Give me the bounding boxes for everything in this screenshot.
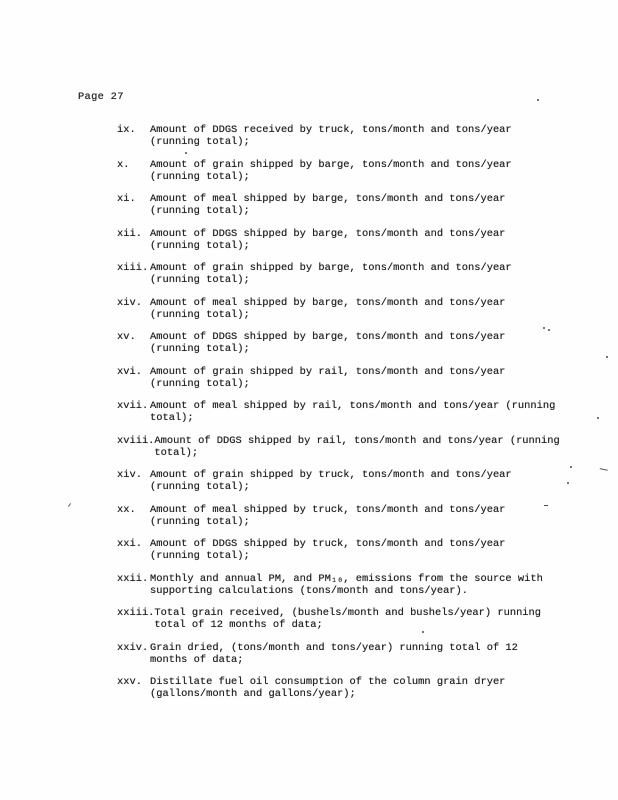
item-text: Amount of grain shipped by rail, tons/mo… [150, 366, 587, 390]
item-line: Total grain received, (bushels/month and… [154, 607, 587, 619]
scan-artifact [548, 329, 550, 331]
item-numeral: ix. [117, 124, 150, 136]
item-line: (running total); [150, 205, 587, 217]
list-item: xii. Amount of DDGS shipped by barge, to… [117, 228, 587, 252]
item-numeral: xviii. [117, 435, 154, 447]
item-text: Amount of grain shipped by barge, tons/m… [150, 159, 587, 183]
item-text: Amount of DDGS received by truck, tons/m… [150, 124, 587, 148]
scan-artifact [600, 465, 609, 471]
list-item: xv. Amount of DDGS shipped by barge, ton… [117, 331, 587, 355]
scan-artifact [570, 466, 572, 468]
item-text: Amount of DDGS shipped by truck, tons/mo… [150, 538, 587, 562]
item-line: (running total); [150, 309, 587, 321]
item-line: (running total); [150, 516, 587, 528]
item-line: Monthly and annual PM, and PM₁₀, emissio… [150, 573, 587, 585]
list-item: x. Amount of grain shipped by barge, ton… [117, 159, 587, 183]
page-number-label: Page 27 [78, 91, 124, 103]
list-item: xxiii. Total grain received, (bushels/mo… [117, 607, 587, 631]
list-item: xxv. Distillate fuel oil consumption of … [117, 676, 587, 700]
item-line: Amount of grain shipped by barge, tons/m… [150, 262, 587, 274]
item-numeral: xv. [117, 331, 150, 343]
item-numeral: xxv. [117, 676, 150, 688]
item-line: (running total); [150, 136, 587, 148]
list-item: xxi. Amount of DDGS shipped by truck, to… [117, 538, 587, 562]
item-line: Amount of grain shipped by barge, tons/m… [150, 159, 587, 171]
item-line: Amount of DDGS received by truck, tons/m… [150, 124, 587, 136]
list-item: xiv. Amount of meal shipped by barge, to… [117, 297, 587, 321]
item-line: Amount of meal shipped by barge, tons/mo… [150, 297, 587, 309]
item-line: (running total); [150, 274, 587, 286]
item-line: Amount of grain shipped by rail, tons/mo… [150, 366, 587, 378]
list-item: xxii. Monthly and annual PM, and PM₁₀, e… [117, 573, 587, 597]
list-item: xiv. Amount of grain shipped by truck, t… [117, 469, 587, 493]
item-numeral: xvii. [117, 400, 150, 412]
item-numeral: xxii. [117, 573, 150, 585]
list-item: xiii. Amount of grain shipped by barge, … [117, 262, 587, 286]
item-line: Amount of DDGS shipped by barge, tons/mo… [150, 331, 587, 343]
item-numeral: xiv. [117, 297, 150, 309]
item-text: Amount of DDGS shipped by barge, tons/mo… [150, 331, 587, 355]
item-numeral: xvi. [117, 366, 150, 378]
item-line: Amount of meal shipped by barge, tons/mo… [150, 193, 587, 205]
item-line: Amount of DDGS shipped by rail, tons/mon… [154, 435, 587, 447]
item-numeral: xxiv. [117, 642, 150, 654]
item-text: Amount of grain shipped by barge, tons/m… [150, 262, 587, 286]
item-text: Amount of grain shipped by truck, tons/m… [150, 469, 587, 493]
item-line: (running total); [150, 240, 587, 252]
item-text: Monthly and annual PM, and PM₁₀, emissio… [150, 573, 587, 597]
item-text: Amount of DDGS shipped by rail, tons/mon… [154, 435, 587, 459]
item-text: Amount of meal shipped by truck, tons/mo… [150, 504, 587, 528]
item-line: (running total); [150, 343, 587, 355]
item-text: Amount of DDGS shipped by barge, tons/mo… [150, 228, 587, 252]
item-line: (running total); [150, 378, 587, 390]
item-numeral: xii. [117, 228, 150, 240]
item-line: (running total); [150, 550, 587, 562]
item-numeral: xiv. [117, 469, 150, 481]
item-line: Amount of DDGS shipped by truck, tons/mo… [150, 538, 587, 550]
item-numeral: xxiii. [117, 607, 154, 619]
item-line: total of 12 months of data; [154, 619, 587, 631]
scan-artifact [597, 417, 599, 419]
item-text: Amount of meal shipped by barge, tons/mo… [150, 193, 587, 217]
list-item: xviii. Amount of DDGS shipped by rail, t… [117, 435, 587, 459]
item-line: supporting calculations (tons/month and … [150, 585, 587, 597]
list-item: xxiv. Grain dried, (tons/month and tons/… [117, 642, 587, 666]
item-line: Amount of DDGS shipped by barge, tons/mo… [150, 228, 587, 240]
scan-artifact [422, 631, 424, 633]
scan-artifact [543, 327, 545, 329]
item-line: Amount of meal shipped by truck, tons/mo… [150, 504, 587, 516]
item-line: Amount of grain shipped by truck, tons/m… [150, 469, 587, 481]
list-item: xvi. Amount of grain shipped by rail, to… [117, 366, 587, 390]
document-content: Page 27 ix. Amount of DDGS received by t… [0, 0, 618, 800]
item-line: total); [154, 447, 587, 459]
item-text: Amount of meal shipped by barge, tons/mo… [150, 297, 587, 321]
scan-artifact [68, 503, 71, 507]
item-numeral: xi. [117, 193, 150, 205]
list-item: xx. Amount of meal shipped by truck, ton… [117, 504, 587, 528]
scan-artifact [537, 99, 539, 101]
item-line: total); [150, 412, 587, 424]
scanned-document-page: Page 27 ix. Amount of DDGS received by t… [0, 0, 618, 800]
item-numeral: xiii. [117, 262, 150, 274]
scan-artifact [567, 482, 569, 484]
item-text: Distillate fuel oil consumption of the c… [150, 676, 587, 700]
item-numeral: xxi. [117, 538, 150, 550]
item-line: (running total); [150, 481, 587, 493]
item-line: Amount of meal shipped by rail, tons/mon… [150, 400, 587, 412]
item-text: Total grain received, (bushels/month and… [154, 607, 587, 631]
scan-artifact [544, 505, 548, 506]
scan-artifact [185, 152, 187, 154]
list-item: xi. Amount of meal shipped by barge, ton… [117, 193, 587, 217]
scan-artifact [606, 356, 608, 358]
list-item: xvii. Amount of meal shipped by rail, to… [117, 400, 587, 424]
item-text: Grain dried, (tons/month and tons/year) … [150, 642, 587, 666]
list-item: ix. Amount of DDGS received by truck, to… [117, 124, 587, 148]
item-line: (running total); [150, 171, 587, 183]
item-text: Amount of meal shipped by rail, tons/mon… [150, 400, 587, 424]
item-line: months of data; [150, 654, 587, 666]
item-line: Grain dried, (tons/month and tons/year) … [150, 642, 587, 654]
item-numeral: x. [117, 159, 150, 171]
item-line: Distillate fuel oil consumption of the c… [150, 676, 587, 688]
requirements-list: ix. Amount of DDGS received by truck, to… [117, 124, 587, 711]
item-numeral: xx. [117, 504, 150, 516]
item-line: (gallons/month and gallons/year); [150, 688, 587, 700]
